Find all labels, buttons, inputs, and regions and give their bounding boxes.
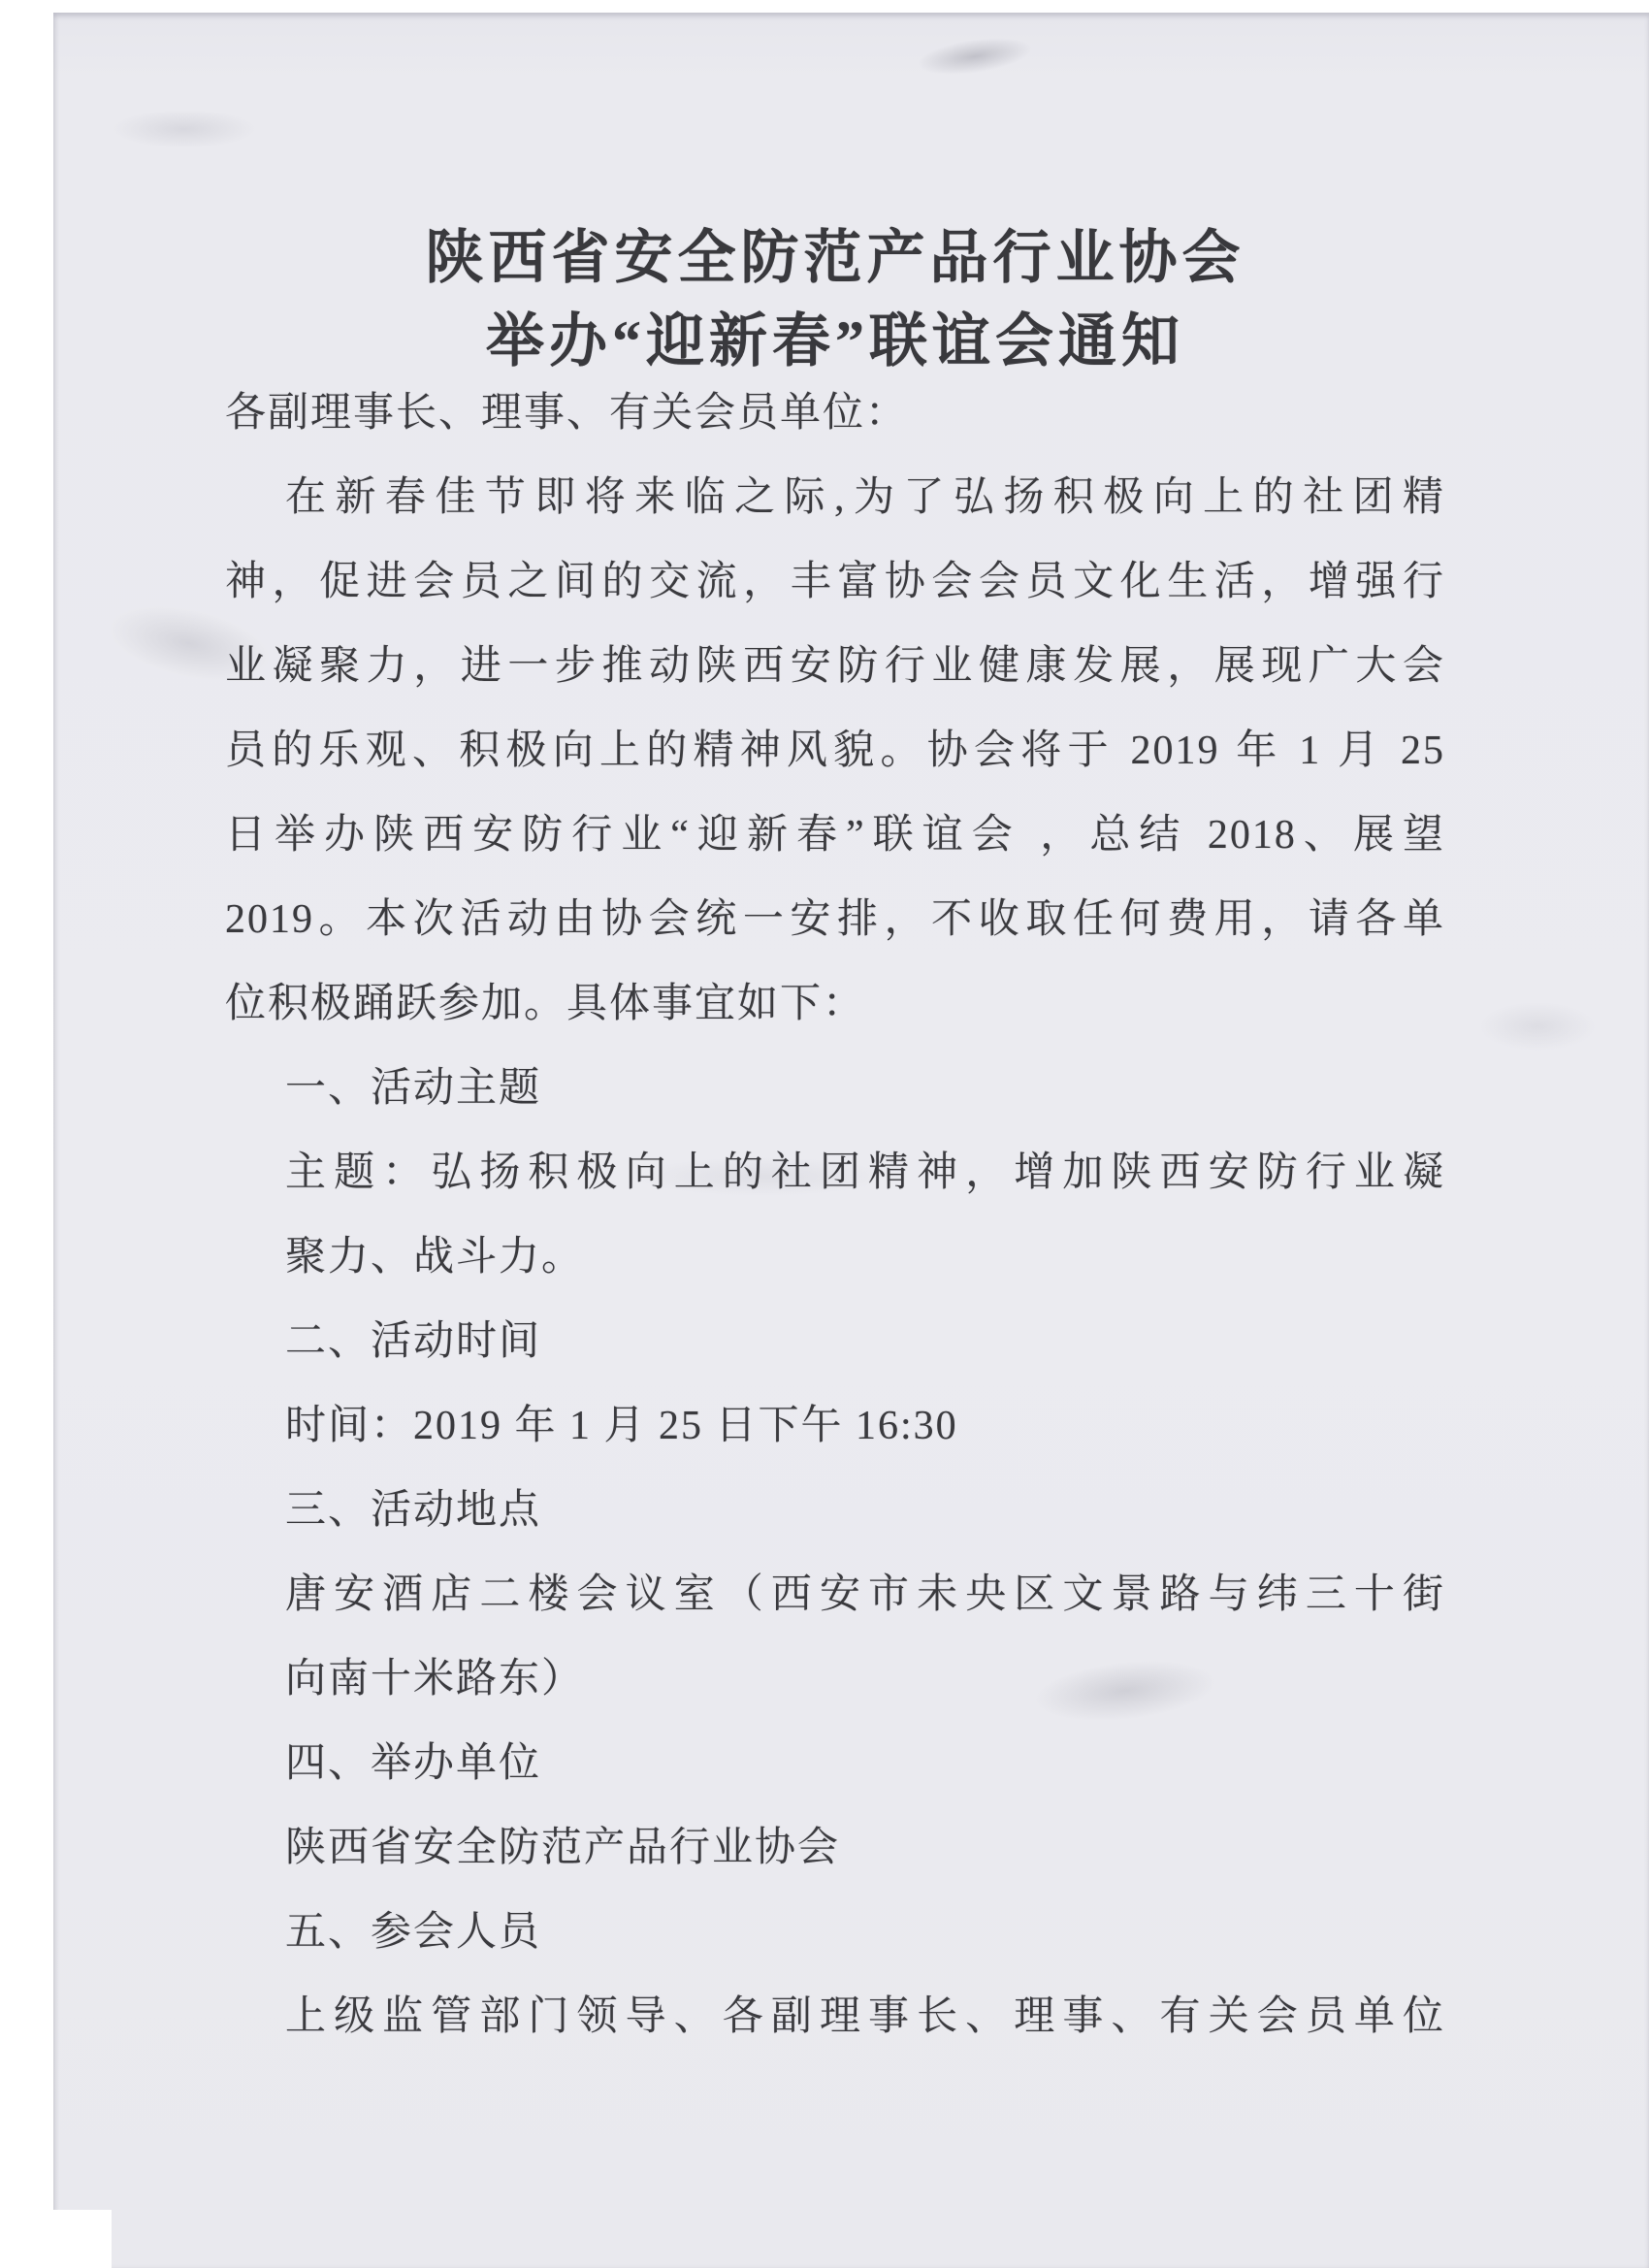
body-line: 2019。本次活动由协会统一安排，不收取任何费用，请各单 [225, 878, 1445, 962]
body-line: 四、举办单位 [225, 1722, 1445, 1806]
body-line: 在新春佳节即将来临之际,为了弘扬积极向上的社团精 [225, 456, 1445, 540]
body-line: 陕西省安全防范产品行业协会 [225, 1806, 1445, 1891]
body-line: 五、参会人员 [225, 1891, 1445, 1975]
scan-smudge [112, 110, 257, 148]
body-line: 一、活动主题 [225, 1047, 1445, 1131]
scan-smudge [915, 32, 1035, 81]
body-line: 向南十米路东） [225, 1637, 1445, 1722]
body-line: 主题：弘扬积极向上的社团精神，增加陕西安防行业凝 [225, 1131, 1445, 1215]
body-line: 唐安酒店二楼会议室（西安市未央区文景路与纬三十街 [225, 1553, 1445, 1637]
body-line: 员的乐观、积极向上的精神风貌。协会将于 2019 年 1 月 25 [225, 709, 1445, 794]
scan-smudge [1479, 1002, 1596, 1051]
body-line: 位积极踊跃参加。具体事宜如下： [225, 962, 1445, 1047]
body-line: 神，促进会员之间的交流，丰富协会会员文化生活，增强行 [225, 540, 1445, 625]
document-title-line-1: 陕西省安全防范产品行业协会 [225, 211, 1445, 295]
body-line: 聚力、战斗力。 [225, 1215, 1445, 1300]
body-line: 二、活动时间 [225, 1300, 1445, 1384]
body-line: 日举办陕西安防行业“迎新春”联谊会 ，总结 2018、展望 [225, 794, 1445, 878]
document-body: 各副理事长、理事、有关会员单位： 在新春佳节即将来临之际,为了弘扬积极向上的社团… [225, 372, 1445, 2059]
document-title-line-2: 举办“迎新春”联谊会通知 [225, 295, 1445, 378]
scanned-page: 陕西省安全防范产品行业协会 举办“迎新春”联谊会通知 各副理事长、理事、有关会员… [0, 0, 1649, 2268]
body-lines: 在新春佳节即将来临之际,为了弘扬积极向上的社团精神，促进会员之间的交流，丰富协会… [225, 456, 1445, 2059]
scanner-corner [53, 2210, 112, 2268]
body-line: 上级监管部门领导、各副理事长、理事、有关会员单位 [225, 1975, 1445, 2059]
body-line: 业凝聚力，进一步推动陕西安防行业健康发展，展现广大会 [225, 625, 1445, 709]
body-line: 时间：2019 年 1 月 25 日下午 16:30 [225, 1384, 1445, 1469]
salutation-line: 各副理事长、理事、有关会员单位： [225, 372, 1445, 456]
body-line: 三、活动地点 [225, 1469, 1445, 1553]
